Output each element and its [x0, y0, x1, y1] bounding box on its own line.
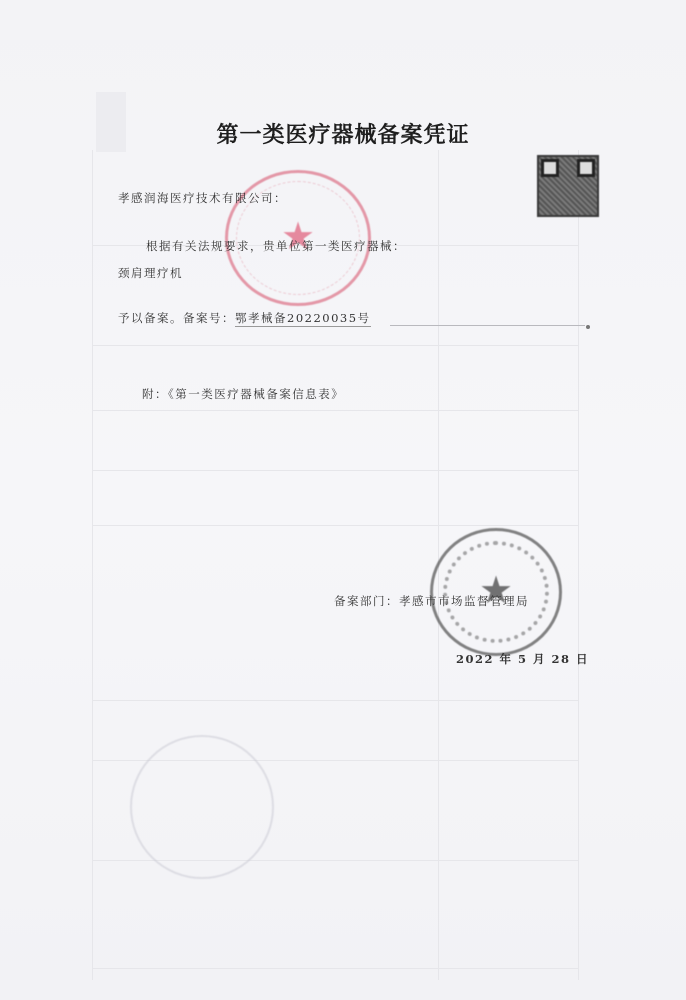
ghost-table-line	[578, 150, 579, 980]
body-line: 根据有关法规要求，贵单位第一类医疗器械：	[146, 238, 406, 254]
applicant-line: 孝感润海医疗技术有限公司：	[118, 190, 287, 206]
ghost-table-line	[92, 525, 578, 526]
ghost-table-line	[92, 410, 578, 411]
filing-department-line: 备案部门：孝感市市场监督管理局	[334, 593, 529, 609]
filing-department: 孝感市市场监督管理局	[399, 594, 529, 608]
dot-mark	[586, 325, 590, 329]
filing-number: 鄂孝械备20220035号	[235, 311, 371, 327]
ghost-table-line	[92, 150, 93, 980]
official-seal-bottom: ★	[430, 528, 562, 656]
certificate-page: 第一类医疗器械备案凭证 ★ 孝感润海医疗技术有限公司： 根据有关法规要求，贵单位…	[0, 0, 686, 1000]
filing-prefix: 予以备案。备案号：	[118, 311, 235, 325]
qr-code-icon	[537, 155, 599, 217]
filing-underline	[390, 325, 585, 326]
product-name: 颈肩理疗机	[118, 265, 183, 281]
ghost-table-line	[92, 968, 578, 969]
attachment-line: 附：《第一类医疗器械备案信息表》	[142, 386, 344, 402]
ghost-table-line	[92, 470, 578, 471]
ghost-table-line	[92, 345, 578, 346]
filing-department-label: 备案部门：	[334, 594, 399, 608]
document-title: 第一类医疗器械备案凭证	[0, 118, 686, 149]
ghost-table-line	[92, 700, 578, 701]
filing-line: 予以备案。备案号：鄂孝械备20220035号	[118, 310, 371, 326]
issue-date: 2022 年 5 月 28 日	[456, 651, 589, 667]
ghost-seal	[130, 735, 274, 879]
